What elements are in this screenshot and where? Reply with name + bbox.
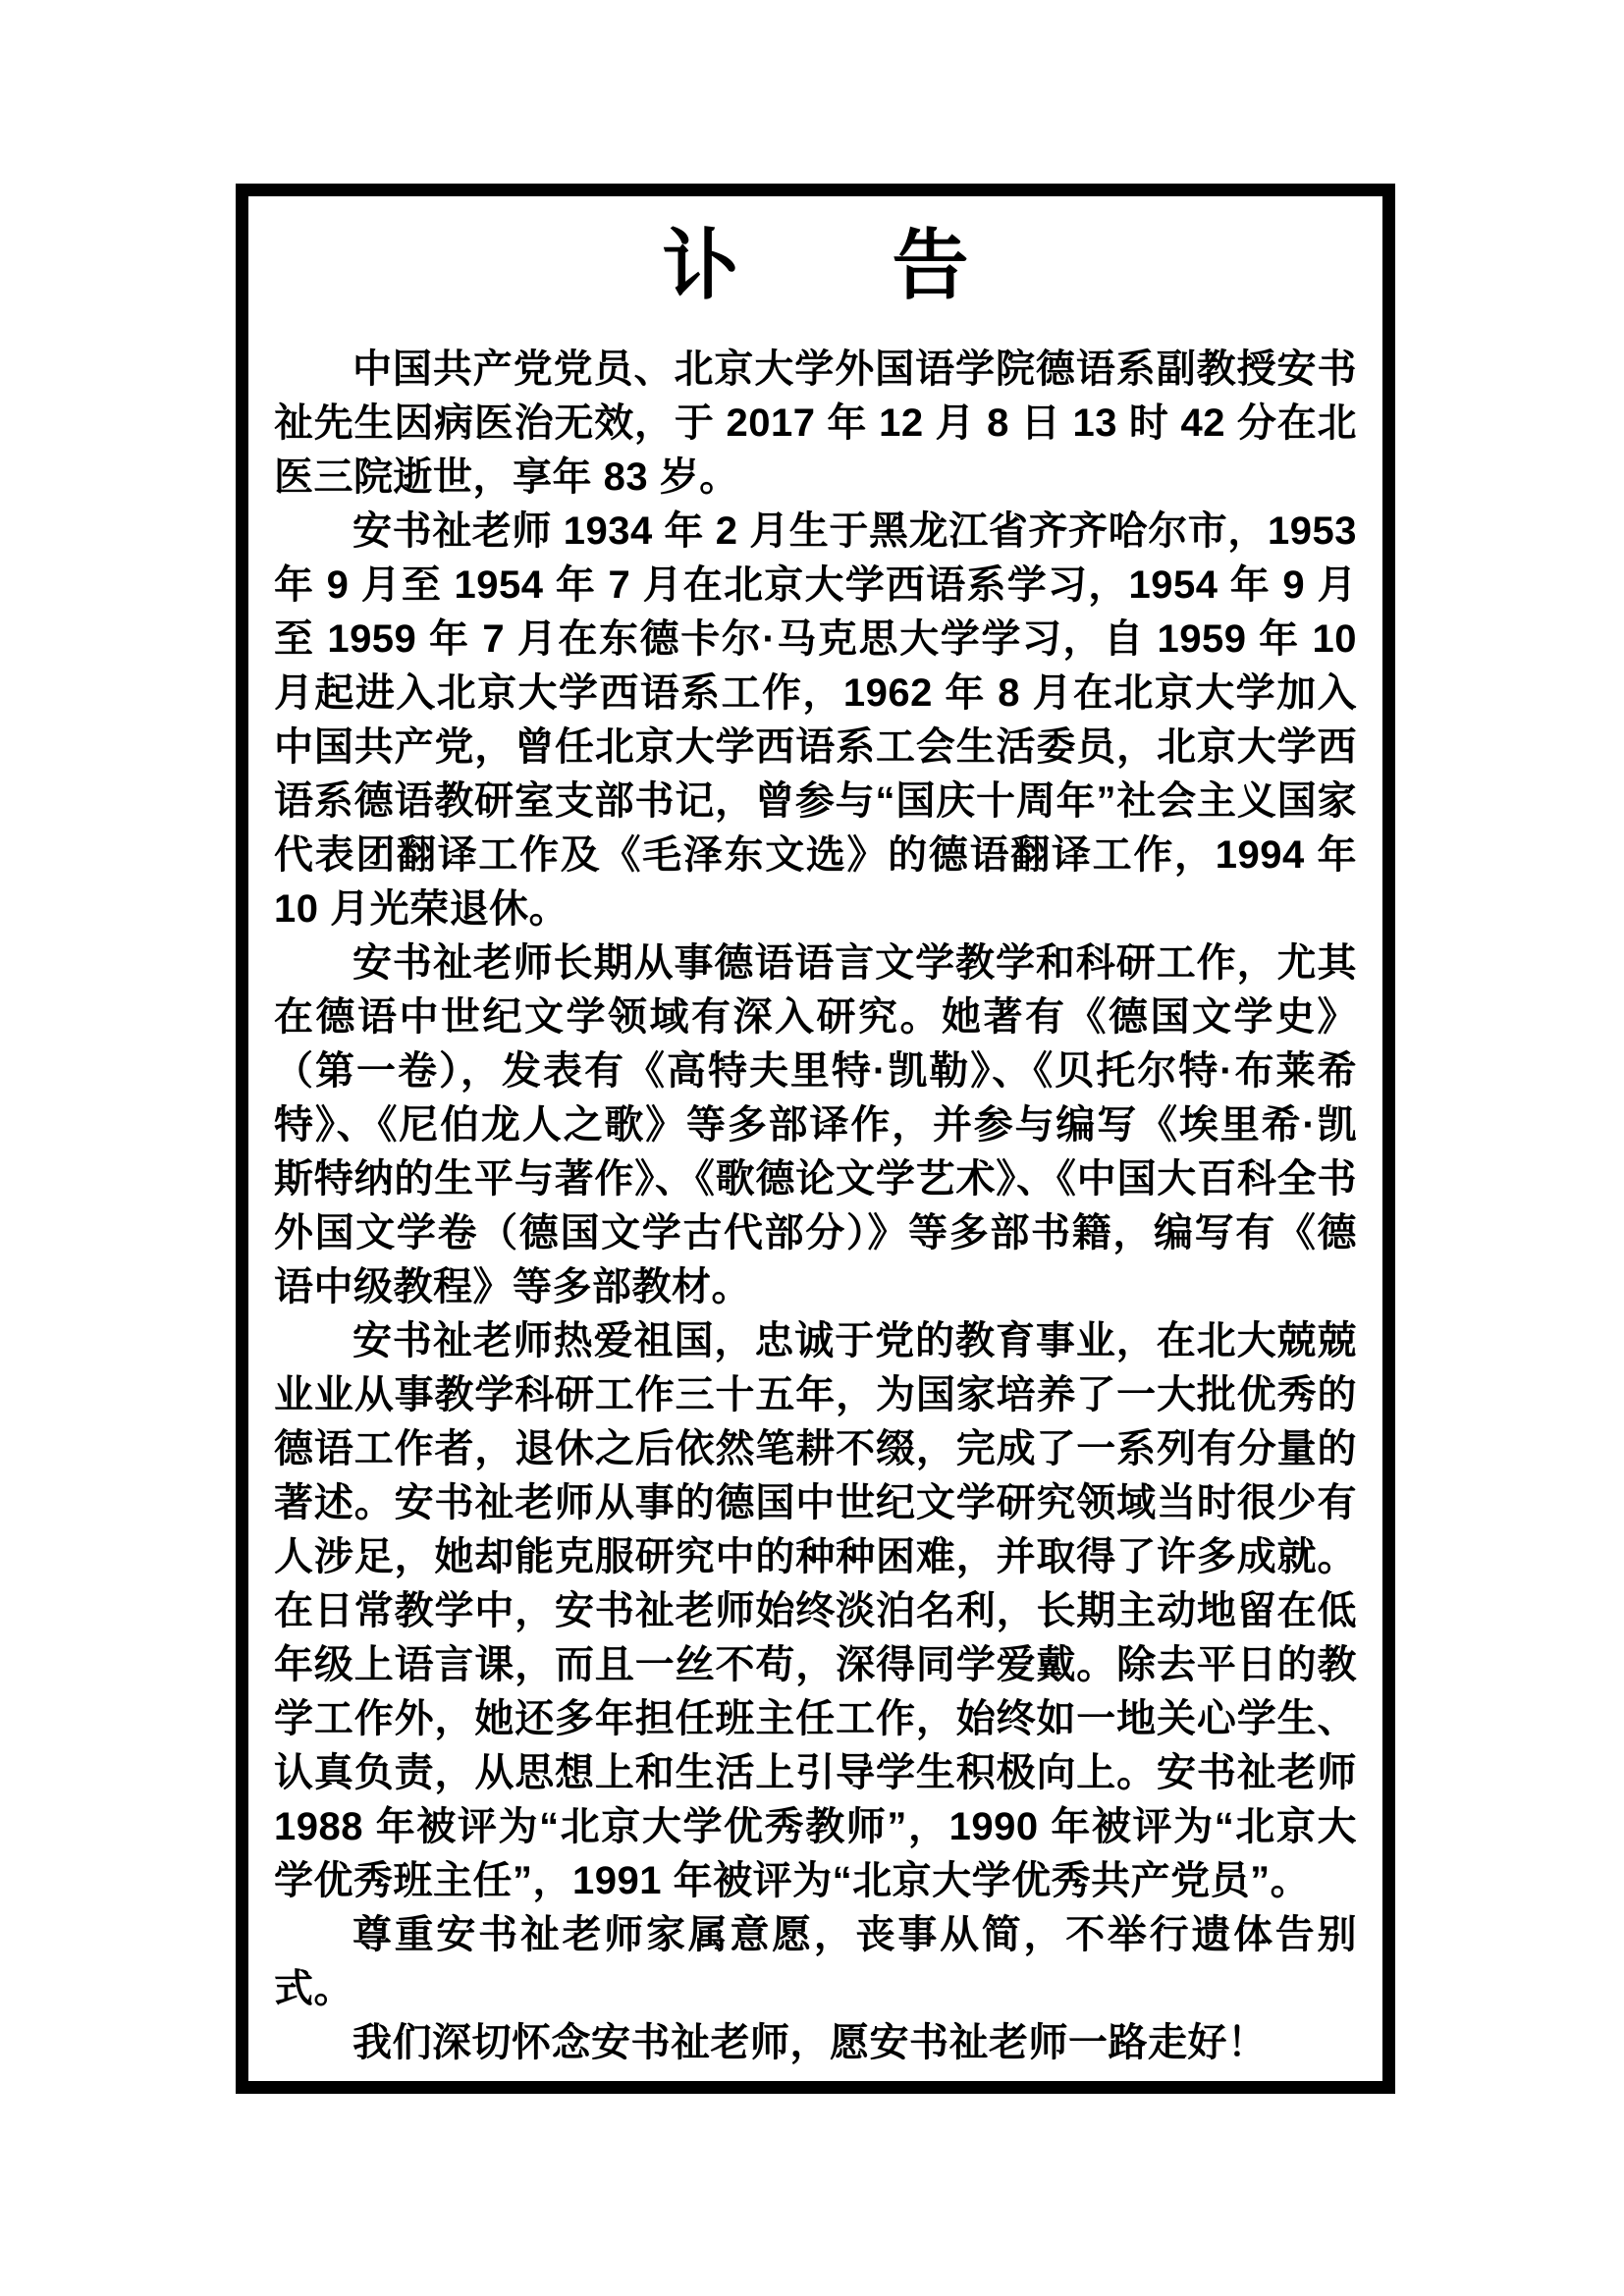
- notice-frame: 讣 告 中国共产党党员、北京大学外国语学院德语系副教授安书祉先生因病医治无效，于…: [236, 184, 1395, 2094]
- obituary-page: 讣 告 中国共产党党员、北京大学外国语学院德语系副教授安书祉先生因病医治无效，于…: [0, 0, 1624, 2296]
- notice-body: 中国共产党党员、北京大学外国语学院德语系副教授安书祉先生因病医治无效，于 201…: [274, 343, 1357, 2070]
- notice-paragraph-4: 安书祉老师热爱祖国，忠诚于党的教育事业，在北大兢兢业业从事教学科研工作三十五年，…: [274, 1314, 1357, 1908]
- notice-paragraph-1: 中国共产党党员、北京大学外国语学院德语系副教授安书祉先生因病医治无效，于 201…: [274, 343, 1357, 505]
- notice-paragraph-6: 我们深切怀念安书祉老师，愿安书祉老师一路走好！: [274, 2016, 1357, 2070]
- notice-title: 讣 告: [274, 214, 1357, 317]
- notice-paragraph-5: 尊重安书祉老师家属意愿，丧事从简，不举行遗体告别式。: [274, 1908, 1357, 2016]
- notice-paragraph-3: 安书祉老师长期从事德语语言文学教学和科研工作，尤其在德语中世纪文学领域有深入研究…: [274, 936, 1357, 1314]
- notice-paragraph-2: 安书祉老师 1934 年 2 月生于黑龙江省齐齐哈尔市，1953 年 9 月至 …: [274, 505, 1357, 936]
